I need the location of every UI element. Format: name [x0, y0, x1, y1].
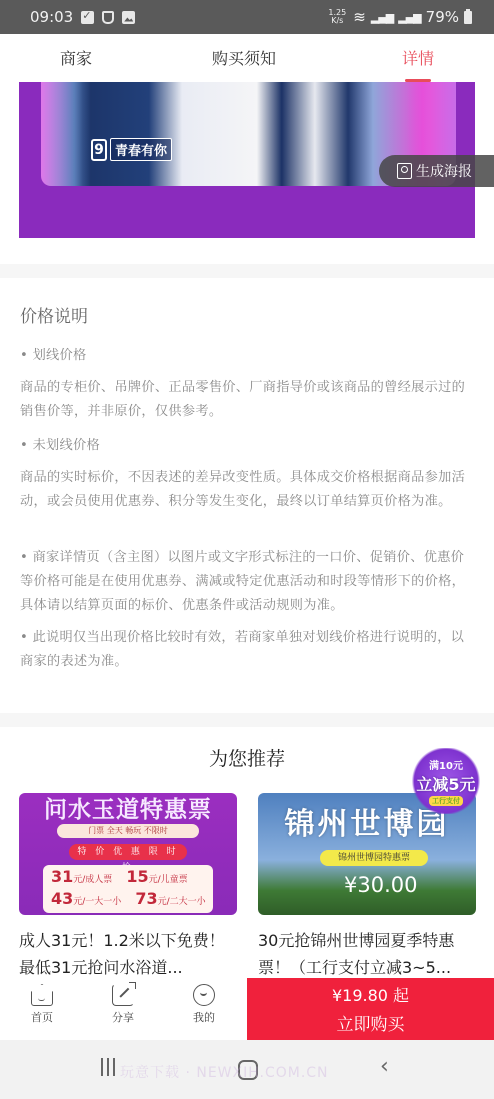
recommend-title: 为您推荐: [203, 744, 291, 771]
recommend-card-image[interactable]: 问水玉道特惠票 门票 全天 畅玩 不限时 特 价 优 惠 限 时 抢 31元/成…: [19, 793, 237, 915]
status-time: 09:03: [30, 8, 73, 26]
tab-merchant[interactable]: 商家: [60, 46, 92, 69]
bottom-nav-mine[interactable]: 我的: [179, 984, 229, 1025]
price-heading-unmarked: • 未划线价格: [20, 434, 476, 458]
promo-badge[interactable]: 满10元 立减5元 工行支付: [410, 748, 482, 814]
buy-price: ¥19.80 起: [332, 983, 409, 1006]
bottom-nav-share[interactable]: 分享: [98, 984, 148, 1025]
tab-purchase-notes[interactable]: 购买须知: [212, 46, 276, 69]
buy-now-button[interactable]: ¥19.80 起 立即购买: [247, 978, 494, 1040]
price-heading-strikethrough: • 划线价格: [20, 344, 476, 368]
price-explanation-title: 价格说明: [20, 302, 88, 327]
banner-logo: 9 青春有你: [91, 138, 172, 161]
price-body-strikethrough: 商品的专柜价、吊牌价、正品零售价、厂商指导价或该商品的曾经展示过的销售价等，并非…: [20, 376, 476, 424]
status-bar: 09:03 1.25 K/s ≋ ▂▄▆ ▂▄▆ 79%: [0, 0, 494, 34]
share-icon: [112, 984, 134, 1006]
battery-icon: [464, 11, 472, 24]
detail-tabbar: 商家 购买须知 详情: [0, 34, 494, 82]
checkbox-notification-icon: [81, 11, 94, 24]
battery-level: 79%: [426, 8, 459, 26]
signal-e-icon: ▂▄▆: [398, 11, 420, 24]
bottom-nav-home[interactable]: 首页: [17, 984, 67, 1025]
back-button[interactable]: ‹: [380, 1054, 389, 1079]
price-note-merchant-page: • 商家详情页（含主图）以图片或文字形式标注的一口价、促销价、优惠价等价格可能是…: [20, 546, 476, 618]
recommend-card-title[interactable]: 30元抢锦州世博园夏季特惠票！（工行支付立减3~5...: [258, 927, 473, 981]
net-speed: 1.25 K/s: [326, 9, 348, 25]
shield-notification-icon: [102, 11, 114, 24]
buy-label: 立即购买: [337, 1010, 405, 1035]
watermark: 玩意下载 · NEWXIH.COM.CN: [120, 1062, 329, 1082]
price-note-validity: • 此说明仅当出现价格比较时有效，若商家单独对划线价格进行说明的，以商家的表述为…: [20, 626, 476, 674]
price-body-unmarked: 商品的实时标价，不因表述的差异改变性质。具体成交价格根据商品参加活动，或会员使用…: [20, 466, 476, 514]
profile-icon: [193, 984, 215, 1006]
poster-icon: [397, 163, 412, 179]
home-icon: [31, 984, 53, 1006]
recent-apps-button[interactable]: [101, 1058, 115, 1076]
signal-4g-icon: ▂▄▆: [371, 11, 393, 24]
tab-details[interactable]: 详情: [402, 46, 434, 69]
active-tab-indicator: [405, 79, 431, 82]
section-divider: [0, 264, 494, 278]
bottom-action-bar: 首页 分享 我的 ¥19.80 起 立即购买: [0, 978, 494, 1040]
generate-poster-button[interactable]: 生成海报: [379, 155, 494, 187]
section-divider: [0, 713, 494, 727]
price-table-graphic: 31元/成人票 15元/儿童票 43元/一大一小 73元/二大一小: [43, 865, 213, 913]
wifi-icon: ≋: [353, 8, 366, 26]
recommend-card-title[interactable]: 成人31元！1.2米以下免费！最低31元抢问水浴道...: [19, 927, 234, 981]
image-notification-icon: [122, 11, 135, 24]
